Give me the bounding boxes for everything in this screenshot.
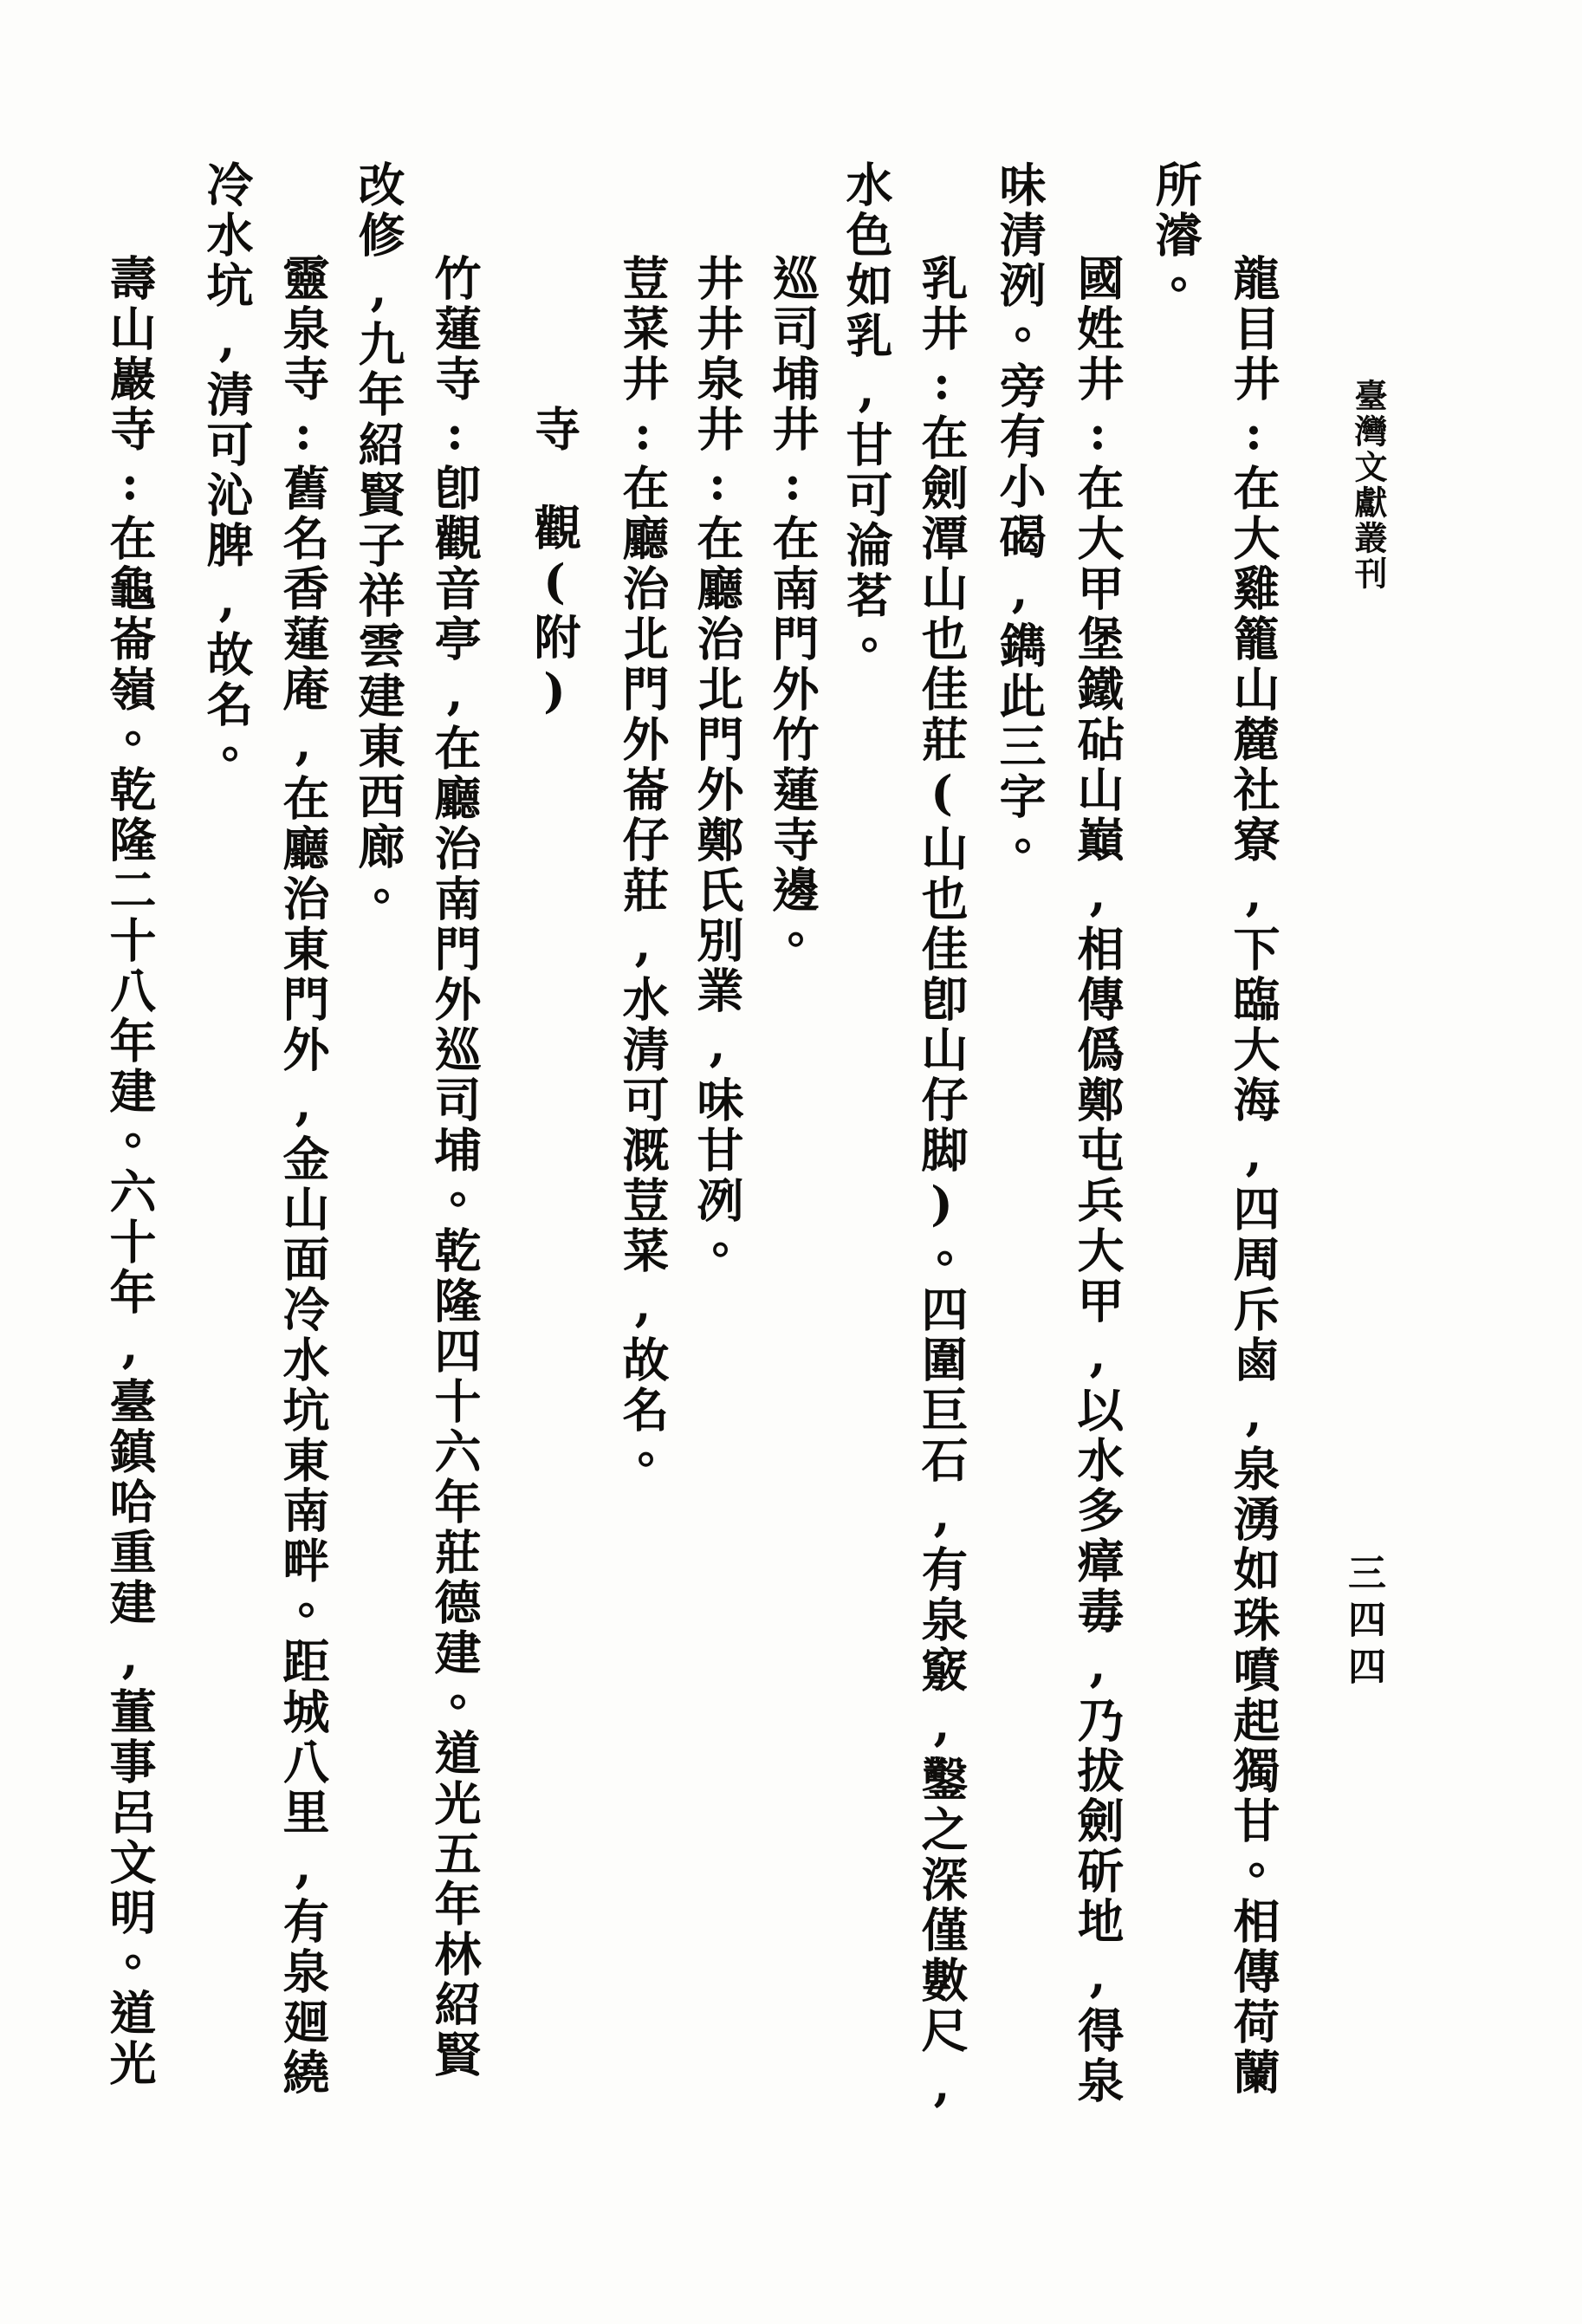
text-column-guoxing-well: 國姓井:在大甲堡鐵砧山巔,相傳僞鄭屯兵大甲,以水多瘴毒,乃拔劍斫地,得泉 — [1074, 254, 1121, 2107]
text-column-lingquan-temple: 靈泉寺:舊名香蓮庵,在廳治東門外,金山面冷水坑東南畔。距城八里,有泉廻繞 — [280, 254, 327, 2098]
text-column-ru-well-continuation: 水色如乳,甘可淪茗。 — [843, 160, 890, 672]
text-column-lingquan-temple-continuation: 冷水坑,清可沁脾,故名。 — [204, 160, 250, 781]
running-title: 臺灣文獻叢刊 — [1350, 379, 1386, 592]
text-column-doucai-well: 荳菜井:在廳治北門外崙仔莊,水清可溉荳菜,故名。 — [619, 254, 666, 1486]
scanned-book-page: 臺灣文獻叢刊 三四四 龍目井:在大雞籠山麓社寮,下臨大海,四周斥鹵,泉湧如珠噴起… — [0, 0, 1582, 2324]
section-heading-word-1: 寺 — [527, 405, 582, 455]
text-column-guoxing-well-continuation: 味清洌。旁有小碣,鐫此三字。 — [996, 160, 1043, 873]
text-column-longmu-well: 龍目井:在大雞籠山麓社寮,下臨大海,四周斥鹵,泉湧如珠噴起獨甘。相傳荷蘭 — [1230, 254, 1277, 2098]
text-column-xunsipu-well: 巡司埔井:在南門外竹蓮寺邊。 — [769, 254, 816, 966]
text-column-longmu-well-continuation: 所濬。 — [1152, 160, 1199, 311]
section-heading-word-2: 觀(附) — [527, 503, 582, 722]
text-column-shoushanyan-temple: 壽山巖寺:在龜崙嶺。乾隆二十八年建。六十年,臺鎮哈重建,董事呂文明。道光 — [107, 254, 153, 2089]
text-column-jingjingquan-well: 井井泉井:在廳治北門外鄭氏別業,味甘冽。 — [694, 254, 741, 1276]
page-number: 三四四 — [1342, 1553, 1384, 1693]
section-heading-temples: 寺觀(附) — [531, 405, 578, 722]
text-column-zhulian-temple: 竹蓮寺:卽觀音亭,在廳治南門外巡司埔。乾隆四十六年莊德建。道光五年林紹賢 — [431, 254, 478, 2081]
text-column-ru-well: 乳井:在劍潭山也佳莊(山也佳卽山仔脚)。四圍巨石,有泉竅,鑿之深僅數尺, — [918, 254, 965, 2115]
text-column-zhulian-temple-continuation: 改修,九年紹賢子祥雲建東西廊。 — [355, 160, 402, 923]
